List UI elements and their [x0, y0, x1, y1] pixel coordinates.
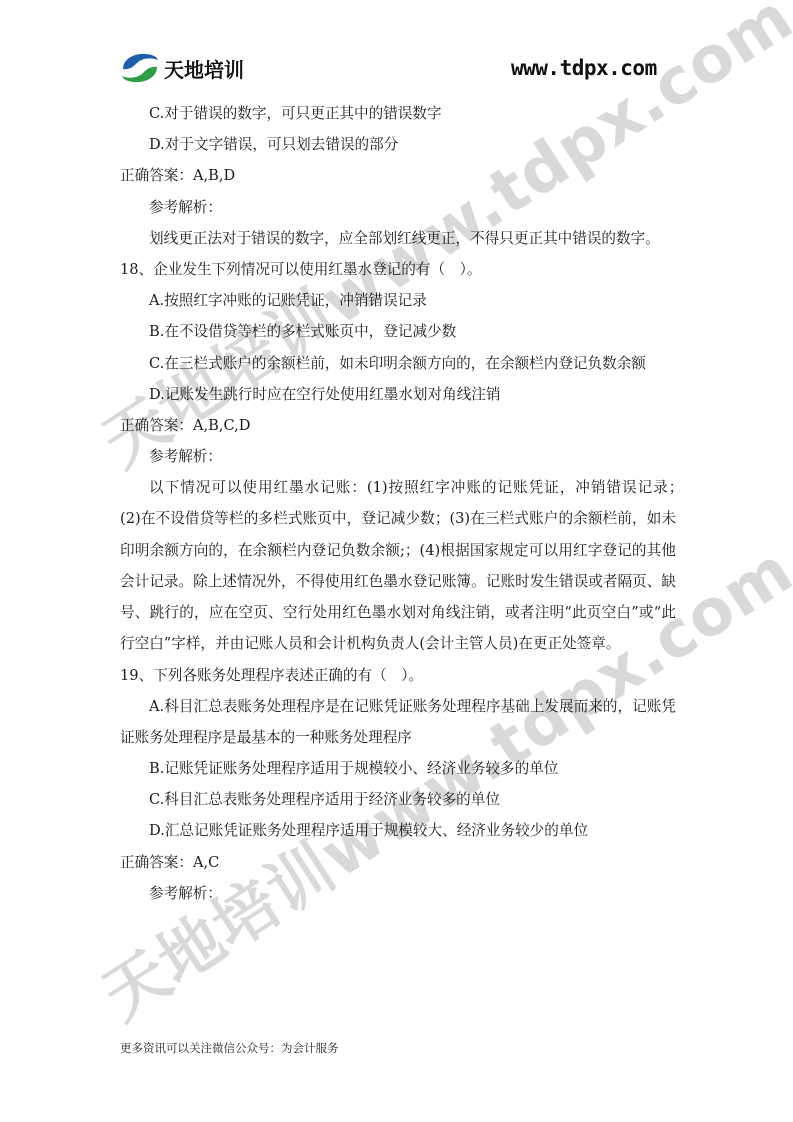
logo-swirl-icon [120, 52, 160, 84]
correct-answer: 正确答案：A,B,C,D [120, 410, 676, 441]
option-a: A.科目汇总表账务处理程序是在记账凭证账务处理程序基础上发展而来的，记账凭证账务… [120, 691, 676, 753]
question-19: 19、下列各账务处理程序表述正确的有（ ）。 [120, 660, 676, 691]
brand-logo: 天地培训 [120, 52, 244, 84]
correct-answer: 正确答案：A,C [120, 847, 676, 878]
correct-answer: 正确答案：A,B,D [120, 160, 676, 191]
option-b: B.在不设借贷等栏的多栏式账页中，登记减少数 [120, 316, 676, 347]
option-d: D.记账发生跳行时应在空行处使用红墨水划对角线注销 [120, 379, 676, 410]
question-18: 18、企业发生下列情况可以使用红墨水登记的有（ ）。 [120, 254, 676, 285]
document-body: C.对于错误的数字，可只更正其中的错误数字 D.对于文字错误，可只划去错误的部分… [120, 98, 676, 909]
option-c: C.对于错误的数字，可只更正其中的错误数字 [120, 98, 676, 129]
analysis-text: 以下情况可以使用红墨水记账：(1)按照红字冲账的记账凭证，冲销错误记录； (2)… [120, 472, 676, 659]
analysis-text: 划线更正法对于错误的数字，应全部划红线更正，不得只更正其中错误的数字。 [120, 223, 676, 254]
analysis-label: 参考解析： [120, 192, 676, 223]
option-c: C.科目汇总表账务处理程序适用于经济业务较多的单位 [120, 784, 676, 815]
analysis-label: 参考解析： [120, 878, 676, 909]
logo-text: 天地培训 [164, 54, 244, 83]
analysis-label: 参考解析： [120, 441, 676, 472]
option-c: C.在三栏式账户的余额栏前，如未印明余额方向的，在余额栏内登记负数余额 [120, 348, 676, 379]
option-d: D.汇总记账凭证账务处理程序适用于规模较大、经济业务较少的单位 [120, 815, 676, 846]
option-a: A.按照红字冲账的记账凭证，冲销错误记录 [120, 285, 676, 316]
option-d: D.对于文字错误，可只划去错误的部分 [120, 129, 676, 160]
option-b: B.记账凭证账务处理程序适用于规模较小、经济业务较多的单位 [120, 753, 676, 784]
footer-note: 更多资讯可以关注微信公众号：为会计服务 [120, 1040, 339, 1056]
